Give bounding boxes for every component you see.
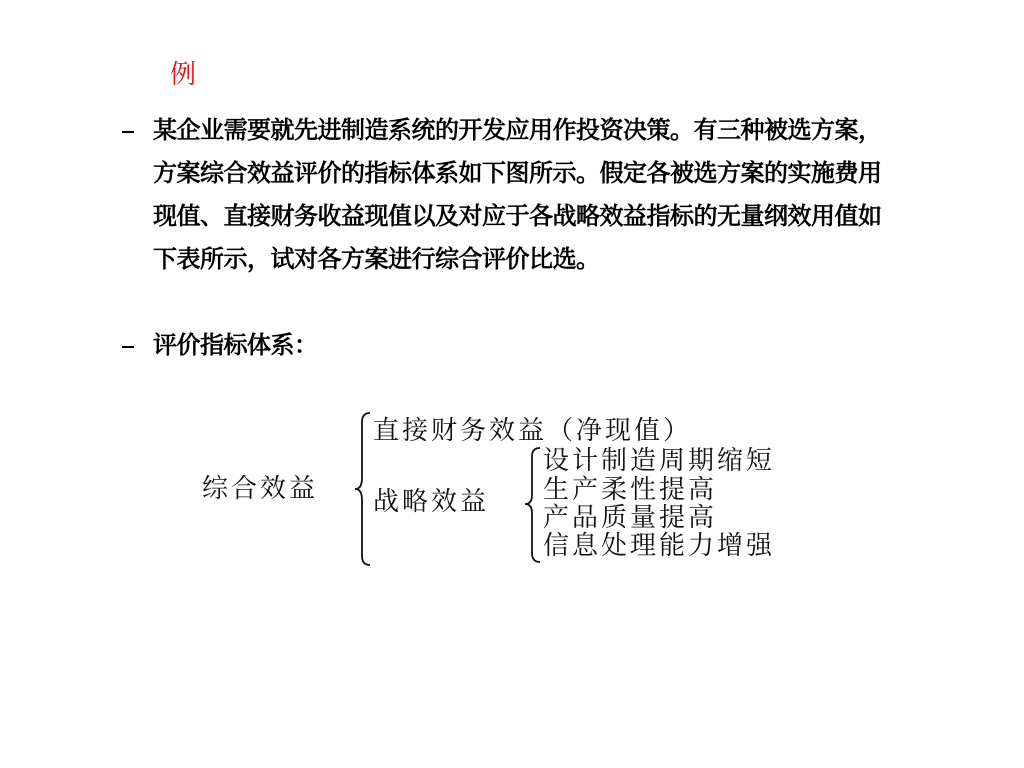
node-design-cycle-shortened: 设计制造周期缩短 <box>543 446 775 476</box>
node-product-quality: 产品质量提高 <box>543 503 717 533</box>
small-curly-brace-icon <box>522 445 544 565</box>
node-direct-financial-benefit: 直接财务效益（净现值） <box>373 416 692 446</box>
node-strategic-benefit: 战略效益 <box>373 487 489 517</box>
node-information-processing: 信息处理能力增强 <box>543 531 775 561</box>
node-production-flexibility: 生产柔性提高 <box>543 475 717 505</box>
indicator-hierarchy-diagram: 综合效益 直接财务效益（净现值） 战略效益 设计制造周期缩短 生产柔性提高 产品… <box>0 0 1024 768</box>
slide: 例 某企业需要就先进制造系统的开发应用作投资决策。有三种被选方案，方案综合效益评… <box>0 0 1024 768</box>
root-node-comprehensive-benefit: 综合效益 <box>202 474 318 504</box>
large-curly-brace-icon <box>352 410 374 568</box>
